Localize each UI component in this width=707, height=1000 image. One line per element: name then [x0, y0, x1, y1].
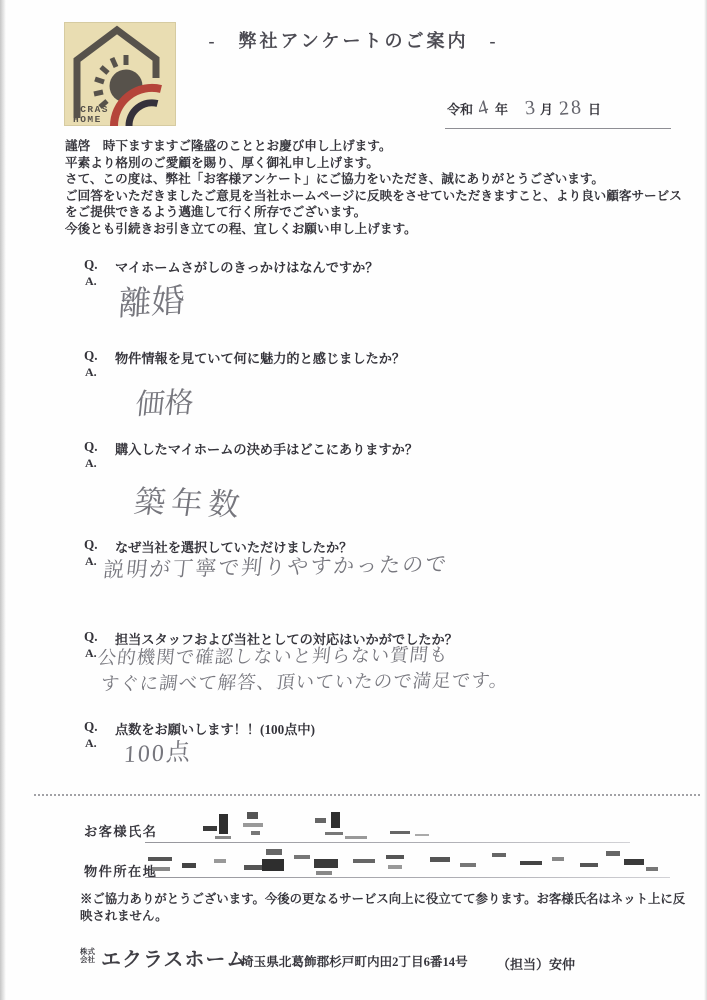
- redaction-block: [520, 861, 542, 865]
- customer-name-underline: [145, 842, 630, 843]
- a-label: A.: [85, 736, 97, 751]
- logo-text-home: HOME: [73, 114, 102, 125]
- company-address: 埼玉県北葛飾郡杉戸町内田2丁目6番14号: [241, 951, 468, 970]
- redaction-block: [244, 865, 262, 870]
- redaction-block: [262, 859, 284, 871]
- question-row: Q. 購入したマイホームの決め手はどこにありますか？: [84, 439, 674, 458]
- redaction-block: [552, 857, 564, 861]
- handwritten-month: 3: [524, 97, 536, 121]
- greeting-paragraph: 謹啓 時下ますますご隆盛のこととお慶び申し上げます。 平素より格別のご愛顧を賜り…: [65, 138, 685, 238]
- redaction-block: [386, 855, 404, 859]
- company-prefix: 株式 会社: [80, 948, 95, 964]
- handwritten-answer-line: 公的機関で確認しないと判らない質問も: [96, 642, 513, 672]
- redaction-block: [243, 823, 263, 827]
- question-block-2: Q. 物件情報を見ていて何に魅力的と感じましたか？ A. 価格: [84, 348, 674, 367]
- note-line: ※ご協力ありがとうございます。今後の更なるサービス向上に役立てて参ります。お客様…: [80, 891, 690, 908]
- a-label: A.: [85, 365, 97, 380]
- year-unit: 年: [495, 99, 508, 118]
- a-label: A.: [85, 456, 97, 471]
- date-line: 令和 4 年 3 月 28 日: [445, 97, 671, 129]
- redaction-block: [460, 863, 476, 867]
- redaction-block: [152, 867, 170, 871]
- greeting-line: 平素より格別のご愛顧を賜り、厚く御礼申し上げます。: [65, 155, 685, 172]
- handwritten-answer-6: 100点: [123, 732, 193, 769]
- redaction-block: [219, 814, 228, 834]
- scan-edge-left: [0, 0, 6, 1000]
- handwritten-day: 28: [558, 96, 584, 121]
- redaction-block: [390, 831, 410, 834]
- company-prefix-line: 会社: [80, 956, 95, 964]
- redaction-block: [316, 871, 332, 875]
- redaction-block: [325, 832, 343, 835]
- company-name: エクラスホーム: [101, 943, 247, 972]
- handwritten-answer-4: 説明が丁寧で判りやすかったので: [102, 548, 450, 584]
- question-block-6: Q. 点数をお願いします！！(100点中) A. 100点: [84, 719, 674, 738]
- day-unit: 日: [588, 99, 601, 118]
- page-title: - 弊社アンケートのご案内 -: [0, 27, 707, 53]
- redacted-property-location: [148, 847, 658, 879]
- handwritten-answer-2: 価格: [134, 380, 196, 423]
- greeting-line: ご回答をいただきましたご意見を当社ホームページに反映をさせていただきますこと、よ…: [65, 188, 685, 205]
- a-label: A.: [85, 554, 97, 569]
- question-block-5: Q. 担当スタッフおよび当社としての対応はいかがでしたか？ A. 公的機関で確認…: [84, 629, 674, 648]
- question-row: Q. 物件情報を見ていて何に魅力的と感じましたか？: [84, 348, 674, 367]
- question-block-4: Q. なぜ当社を選択していただけましたか？ A. 説明が丁寧で判りやすかったので: [84, 537, 674, 556]
- question-block-3: Q. 購入したマイホームの決め手はどこにありますか？ A. 築年数: [84, 439, 674, 458]
- redaction-block: [182, 863, 196, 868]
- handwritten-answer-1: 離婚: [118, 275, 186, 326]
- redaction-block: [331, 812, 340, 828]
- staff-in-charge: （担当）安仲: [497, 954, 575, 973]
- greeting-line: さて、この度は、弊社「お客様アンケート」にご協力をいただき、誠にありがとうござい…: [65, 171, 685, 188]
- redaction-block: [624, 859, 644, 865]
- handwritten-answer-5: 公的機関で確認しないと判らない質問も すぐに調べて解答、頂いていたので満足です。: [93, 642, 513, 698]
- customer-name-label: お客様氏名: [84, 821, 157, 840]
- redaction-block: [315, 818, 326, 823]
- redaction-block: [492, 853, 506, 857]
- question-text: 購入したマイホームの決め手はどこにありますか？: [115, 439, 418, 458]
- month-unit: 月: [540, 99, 553, 118]
- question-row: Q. マイホームさがしのきっかけはなんですか？: [84, 257, 674, 276]
- redaction-block: [148, 857, 172, 861]
- redaction-block: [415, 834, 429, 836]
- a-label: A.: [85, 646, 97, 661]
- thanks-note: ※ご協力ありがとうございます。今後の更なるサービス向上に役立てて参ります。お客様…: [80, 891, 690, 924]
- question-text: マイホームさがしのきっかけはなんですか？: [115, 257, 378, 276]
- redaction-block: [580, 863, 598, 867]
- redaction-block: [251, 831, 260, 835]
- handwritten-answer-3: 築年数: [132, 476, 249, 525]
- redaction-block: [388, 865, 402, 869]
- greeting-line: 謹啓 時下ますますご隆盛のこととお慶び申し上げます。: [65, 138, 685, 155]
- handwritten-year: 4: [475, 96, 490, 121]
- redaction-block: [247, 812, 258, 819]
- question-text: 物件情報を見ていて何に魅力的と感じましたか？: [115, 348, 405, 367]
- redaction-block: [606, 851, 620, 856]
- redaction-block: [345, 836, 367, 839]
- redaction-block: [353, 859, 375, 863]
- a-label: A.: [85, 274, 97, 289]
- handwritten-answer-line: すぐに調べて解答、頂いていたので満足です。: [99, 668, 510, 698]
- redacted-customer-name: [185, 810, 465, 842]
- redaction-block: [215, 836, 231, 839]
- redaction-block: [203, 826, 217, 831]
- redaction-block: [294, 855, 310, 859]
- redaction-block: [214, 859, 226, 863]
- greeting-line: をご提供できるよう邁進して行く所存でございます。: [65, 204, 685, 221]
- question-block-1: Q. マイホームさがしのきっかけはなんですか？ A. 離婚: [84, 257, 674, 276]
- redaction-block: [266, 849, 282, 855]
- redaction-block: [430, 857, 450, 862]
- dotted-separator: [34, 794, 700, 796]
- note-line: 映されません。: [80, 908, 690, 925]
- greeting-line: 今後とも引続きお引き立ての程、宜しくお願い申し上げます。: [65, 221, 685, 238]
- redaction-block: [314, 859, 338, 868]
- era-label: 令和: [447, 99, 473, 118]
- redaction-block: [646, 867, 658, 871]
